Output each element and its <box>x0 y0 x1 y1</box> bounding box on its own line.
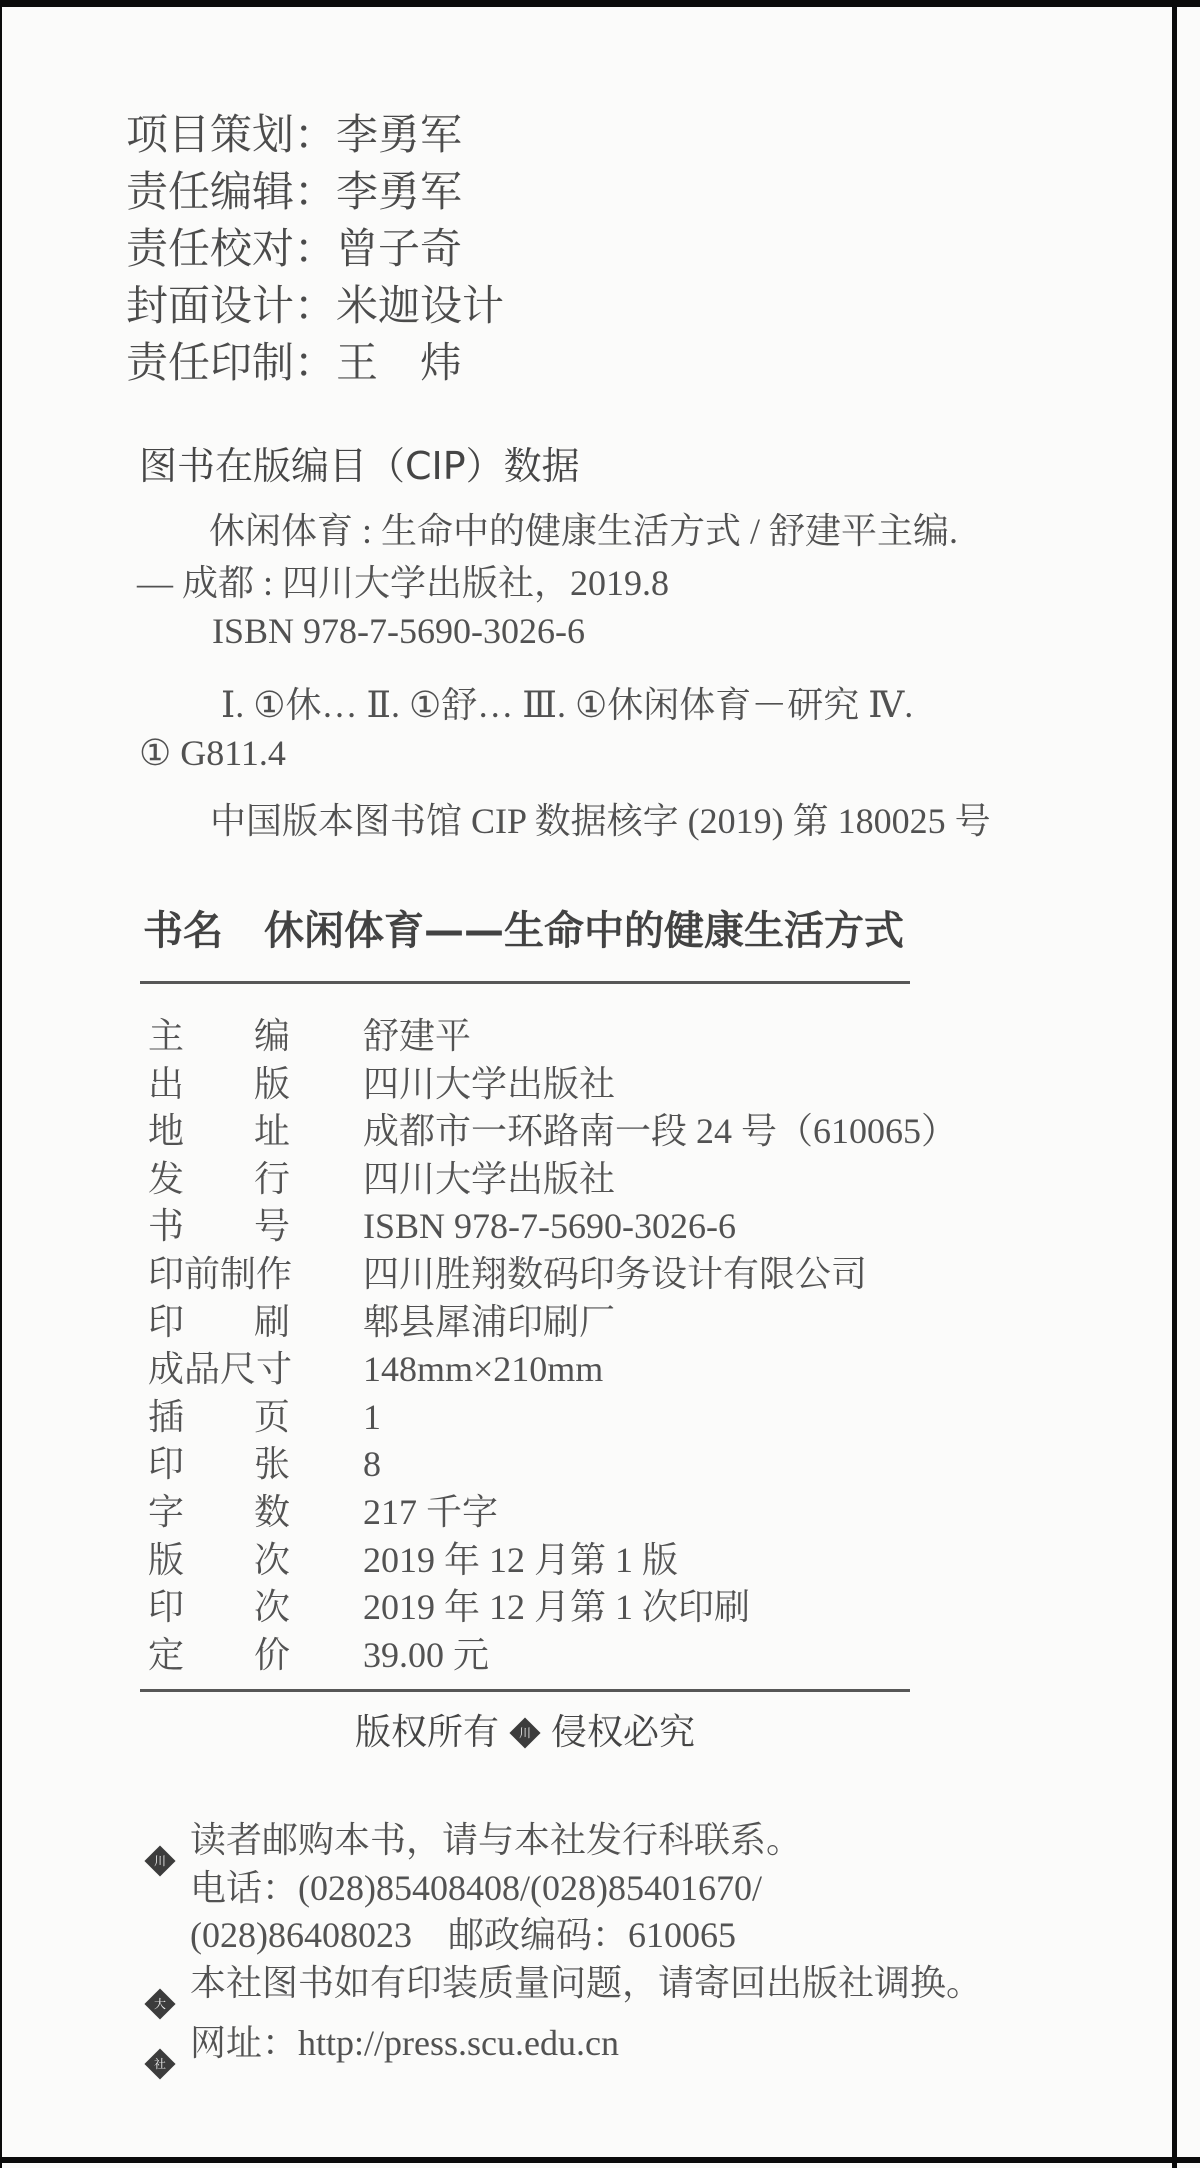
note-mail-order: 川 读者邮购本书，请与本社发行科联系。 电话：(028)85408408/(02… <box>146 1817 982 1960</box>
row-value: 217 千字 <box>363 1489 498 1537</box>
row-value: 1 <box>363 1394 381 1442</box>
divider-rule-top <box>140 981 910 984</box>
note-text: 读者邮购本书，请与本社发行科联系。 电话：(028)85408408/(028)… <box>190 1817 802 1960</box>
row-label: 印前制作 <box>148 1251 290 1299</box>
table-row-isbn: 书号ISBN 978-7-5690-3026-6 <box>148 1203 957 1251</box>
row-value: 8 <box>363 1441 381 1489</box>
staff-line-proofreader: 责任校对：曾子奇 <box>126 222 504 279</box>
staff-line-cover-designer: 封面设计：米迦设计 <box>126 279 504 336</box>
staff-credits-block: 项目策划：李勇军 责任编辑：李勇军 责任校对：曾子奇 封面设计：米迦设计 责任印… <box>126 108 504 393</box>
copyright-right-text: 侵权必究 <box>551 1711 695 1755</box>
row-label: 版次 <box>148 1537 290 1585</box>
table-row-trim-size: 成品尺寸148mm×210mm <box>148 1346 957 1394</box>
row-label: 印次 <box>148 1584 290 1632</box>
table-row-distributor: 发行四川大学出版社 <box>148 1156 957 1204</box>
note-website: 社 网址：http://press.scu.edu.cn <box>146 2020 982 2081</box>
scan-border-top <box>0 0 1200 7</box>
row-value: 2019 年 12 月第 1 版 <box>363 1537 678 1585</box>
staff-label: 项目策划： <box>126 113 336 159</box>
note-text: 网址：http://press.scu.edu.cn <box>190 2020 619 2068</box>
note-line: (028)86408023 邮政编码：610065 <box>190 1912 802 1960</box>
row-label: 印张 <box>148 1441 290 1489</box>
copyright-notice: 版权所有 川 侵权必究 <box>140 1711 910 1755</box>
staff-value: 李勇军 <box>336 170 462 216</box>
table-row-insert-pages: 插页1 <box>148 1394 957 1442</box>
row-value: 成都市一环路南一段 24 号（610065） <box>363 1108 957 1156</box>
staff-label: 封面设计： <box>126 284 336 330</box>
note-line: 网址：http://press.scu.edu.cn <box>190 2020 619 2068</box>
book-title-label: 书名 <box>143 908 264 954</box>
publication-details-table: 主编舒建平 出版四川大学出版社 地址成都市一环路南一段 24 号（610065）… <box>148 1013 957 1679</box>
row-label: 字数 <box>148 1489 290 1537</box>
staff-line-executive-editor: 责任编辑：李勇军 <box>126 165 504 222</box>
cip-heading: 图书在版编目（CIP）数据 <box>139 444 580 488</box>
row-value: 郫县犀浦印刷厂 <box>363 1299 615 1347</box>
book-title-row: 书名休闲体育——生命中的健康生活方式 <box>143 908 904 954</box>
table-row-address: 地址成都市一环路南一段 24 号（610065） <box>148 1108 957 1156</box>
row-label: 成品尺寸 <box>148 1346 290 1394</box>
copyright-left-text: 版权所有 <box>355 1711 499 1755</box>
book-copyright-page: 项目策划：李勇军 责任编辑：李勇军 责任校对：曾子奇 封面设计：米迦设计 责任印… <box>0 0 1200 2168</box>
staff-label: 责任印制： <box>126 341 336 387</box>
row-label: 插页 <box>148 1394 290 1442</box>
reader-notes-block: 川 读者邮购本书，请与本社发行科联系。 电话：(028)85408408/(02… <box>146 1817 982 2081</box>
bullet-wrap: 社 <box>146 2020 190 2081</box>
divider-rule-bottom <box>140 1689 910 1692</box>
row-value: 舒建平 <box>363 1013 471 1061</box>
row-label: 出版 <box>148 1061 290 1109</box>
table-row-impression: 印次2019 年 12 月第 1 次印刷 <box>148 1584 957 1632</box>
staff-label: 责任校对： <box>126 227 336 273</box>
cip-classification-line-1: Ⅰ. ①休… Ⅱ. ①舒… Ⅲ. ①休闲体育－研究 Ⅳ. <box>221 684 913 727</box>
table-row-price: 定价39.00 元 <box>148 1632 957 1680</box>
row-value: 四川大学出版社 <box>363 1156 615 1204</box>
scan-border-bottom <box>0 2157 1200 2163</box>
staff-value: 米迦设计 <box>336 284 504 330</box>
staff-label: 责任编辑： <box>126 170 336 216</box>
staff-line-print-supervisor: 责任印制：王 炜 <box>126 336 504 393</box>
row-value: 39.00 元 <box>363 1632 489 1680</box>
staff-value: 王 炜 <box>336 341 462 387</box>
cip-title-line: 休闲体育 : 生命中的健康生活方式 / 舒建平主编. <box>209 510 958 553</box>
cip-record-number-line: 中国版本图书馆 CIP 数据核字 (2019) 第 180025 号 <box>210 800 991 843</box>
row-label: 主编 <box>148 1013 290 1061</box>
press-logo-diamond-icon: 川 <box>144 1845 175 1876</box>
table-row-publisher: 出版四川大学出版社 <box>148 1061 957 1109</box>
staff-value: 李勇军 <box>336 113 462 159</box>
press-logo-diamond-icon: 社 <box>144 2048 175 2079</box>
note-line: 本社图书如有印装质量问题，请寄回出版社调换。 <box>190 1960 982 2008</box>
cip-isbn-line: ISBN 978-7-5690-3026-6 <box>212 610 585 653</box>
scan-border-right <box>1172 0 1177 2168</box>
row-label: 地址 <box>148 1108 290 1156</box>
row-label: 定价 <box>148 1632 290 1680</box>
table-row-edition: 版次2019 年 12 月第 1 版 <box>148 1537 957 1585</box>
note-line: 读者邮购本书，请与本社发行科联系。 <box>190 1817 802 1865</box>
cip-classification-line-2: ① G811.4 <box>139 732 286 775</box>
row-value: 四川大学出版社 <box>363 1061 615 1109</box>
note-text: 本社图书如有印装质量问题，请寄回出版社调换。 <box>190 1960 982 2008</box>
row-value: 148mm×210mm <box>363 1346 603 1394</box>
table-row-chief-editor: 主编舒建平 <box>148 1013 957 1061</box>
row-value: ISBN 978-7-5690-3026-6 <box>363 1203 736 1251</box>
book-title-value: 休闲体育——生命中的健康生活方式 <box>264 908 904 954</box>
staff-line-project-planner: 项目策划：李勇军 <box>126 108 504 165</box>
cip-publisher-line: — 成都 : 四川大学出版社，2019.8 <box>137 562 669 605</box>
note-print-quality: 大 本社图书如有印装质量问题，请寄回出版社调换。 <box>146 1960 982 2021</box>
note-line: 电话：(028)85408408/(028)85401670/ <box>190 1865 802 1913</box>
scan-border-left <box>0 0 2 2168</box>
table-row-printer: 印刷郫县犀浦印刷厂 <box>148 1299 957 1347</box>
row-label: 书号 <box>148 1203 290 1251</box>
bullet-wrap: 大 <box>146 1960 190 2021</box>
press-logo-diamond-icon: 大 <box>144 1988 175 2019</box>
row-label: 印刷 <box>148 1299 290 1347</box>
press-logo-diamond-icon: 川 <box>509 1717 540 1748</box>
row-label: 发行 <box>148 1156 290 1204</box>
table-row-word-count: 字数217 千字 <box>148 1489 957 1537</box>
row-value: 2019 年 12 月第 1 次印刷 <box>363 1584 750 1632</box>
table-row-printed-sheets: 印张8 <box>148 1441 957 1489</box>
table-row-prepress: 印前制作四川胜翔数码印务设计有限公司 <box>148 1251 957 1299</box>
bullet-wrap: 川 <box>146 1817 190 1878</box>
row-value: 四川胜翔数码印务设计有限公司 <box>363 1251 867 1299</box>
staff-value: 曾子奇 <box>336 227 462 273</box>
